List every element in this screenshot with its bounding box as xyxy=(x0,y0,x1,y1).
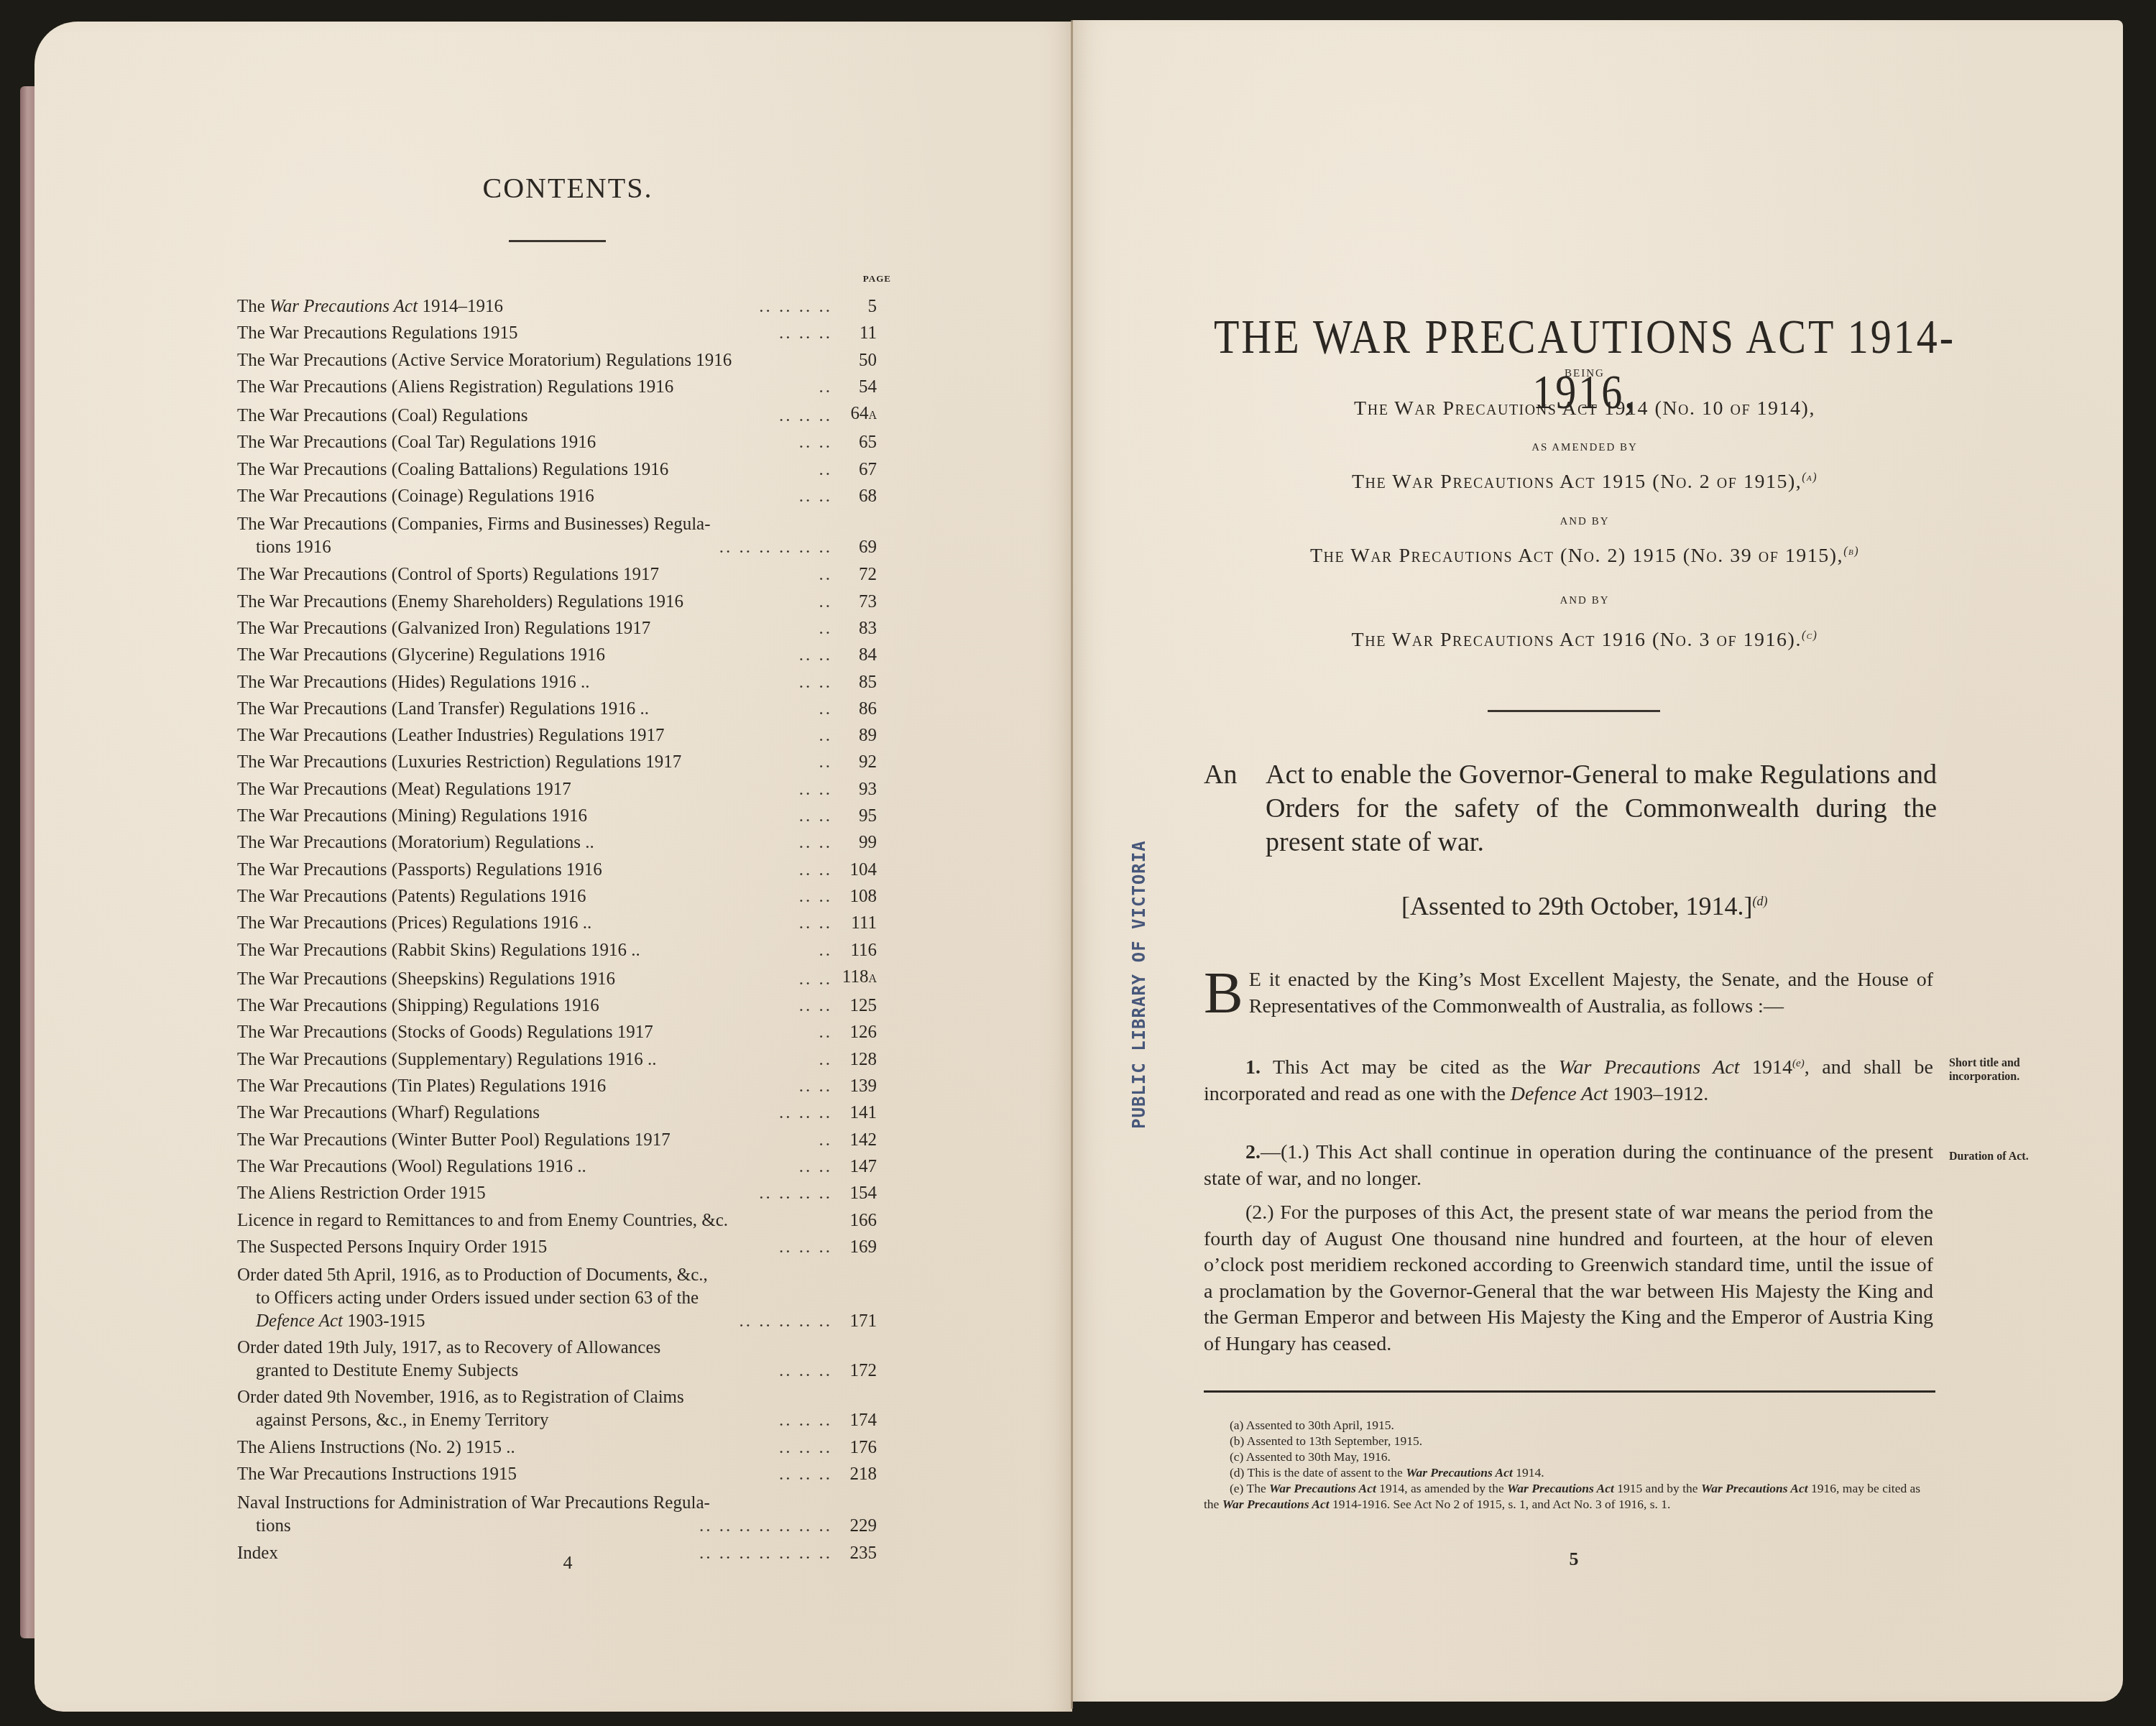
leader-dots: .. .. .. xyxy=(779,1434,832,1461)
toc-entry-title: The War Precautions (Land Transfer) Regu… xyxy=(237,696,834,722)
toc-entry-page: 84 xyxy=(834,642,877,668)
toc-entry: The War Precautions (Land Transfer) Regu… xyxy=(237,696,877,722)
toc-entry: The War Precautions (Coal Tar) Regulatio… xyxy=(237,429,877,456)
toc-entry: The War Precautions (Meat) Regulations 1… xyxy=(237,776,877,803)
toc-entry-title: The War Precautions (Supplementary) Regu… xyxy=(237,1046,834,1073)
toc-entry-page: 104 xyxy=(834,857,877,883)
toc-entry-page: 65 xyxy=(834,429,877,456)
table-of-contents: The War Precautions Act 1914–1916.. .. .… xyxy=(237,293,877,1566)
toc-entry-page: 89 xyxy=(834,722,877,749)
toc-entry: The War Precautions (Wharf) Regulations.… xyxy=(237,1099,877,1126)
leader-dots: .. .. xyxy=(799,669,832,696)
toc-entry-page: 69 xyxy=(834,536,877,559)
leader-dots: .. .. .. .. .. .. xyxy=(719,536,832,559)
toc-entry-title: The War Precautions (Control of Sports) … xyxy=(237,561,834,588)
toc-entry-title: Licence in regard to Remittances to and … xyxy=(237,1207,834,1234)
toc-entry-page: 229 xyxy=(834,1515,877,1538)
page-column-label: PAGE xyxy=(834,273,891,285)
section-1: 1. This Act may be cited as the War Prec… xyxy=(1204,1051,1933,1107)
toc-entry-page: 67 xyxy=(834,456,877,483)
toc-entry-title: The War Precautions (Glycerine) Regulati… xyxy=(237,642,834,668)
section-2: 2.—(1.) This Act shall continue in opera… xyxy=(1204,1139,1933,1192)
heading-rule xyxy=(509,240,606,242)
toc-entry-page: 126 xyxy=(834,1019,877,1046)
leader-dots: .. .. xyxy=(799,992,832,1019)
leader-dots: .. xyxy=(819,1127,833,1153)
toc-entry: The War Precautions Act 1914–1916.. .. .… xyxy=(237,293,877,320)
toc-entry-page: 235 xyxy=(834,1540,877,1566)
toc-entry-page: 154 xyxy=(834,1180,877,1206)
toc-entry: The War Precautions Instructions 1915.. … xyxy=(237,1461,877,1487)
toc-entry-title: The War Precautions (Winter Butter Pool)… xyxy=(237,1127,834,1153)
toc-entry-title: The War Precautions (Active Service Mora… xyxy=(237,347,834,374)
leader-dots: .. .. .. .. .. xyxy=(740,1310,833,1333)
leader-dots: .. .. .. xyxy=(779,402,832,429)
toc-entry-page: 118A xyxy=(834,964,877,992)
toc-entry: The War Precautions (Enemy Shareholders)… xyxy=(237,589,877,615)
leader-dots: .. .. .. xyxy=(779,1099,832,1126)
toc-entry-title: The Aliens Instructions (No. 2) 1915 .. xyxy=(237,1434,834,1461)
toc-entry: The War Precautions (Sheepskins) Regulat… xyxy=(237,964,877,992)
toc-entry-page: 95 xyxy=(834,803,877,829)
as-amended-by-label: AS AMENDED BY xyxy=(1186,442,1984,454)
toc-entry-page: 83 xyxy=(834,615,877,642)
toc-entry: Order dated 19th July, 1917, as to Recov… xyxy=(237,1337,877,1383)
leader-dots: .. xyxy=(819,561,833,588)
leader-dots: .. xyxy=(819,1046,833,1073)
toc-entry: The War Precautions (Prices) Regulations… xyxy=(237,910,877,936)
toc-entry-title: The War Precautions (Mining) Regulations… xyxy=(237,803,834,829)
leader-dots: .. .. xyxy=(799,910,832,936)
leader-dots: .. xyxy=(819,696,833,722)
leader-dots: .. .. .. .. xyxy=(759,293,832,320)
toc-entry: The War Precautions (Stocks of Goods) Re… xyxy=(237,1019,877,1046)
toc-entry: Order dated 9th November, 1916, as to Re… xyxy=(237,1386,877,1432)
toc-entry-title: The War Precautions (Leather Industries)… xyxy=(237,722,834,749)
toc-entry-page: 169 xyxy=(834,1234,877,1260)
leader-dots: .. .. .. xyxy=(779,1234,832,1260)
toc-entry-page: 93 xyxy=(834,776,877,803)
toc-entry-page: 85 xyxy=(834,669,877,696)
toc-entry-title: The War Precautions Act 1914–1916 xyxy=(237,293,834,320)
toc-entry-page: 68 xyxy=(834,483,877,509)
toc-entry-title: The War Precautions (Hides) Regulations … xyxy=(237,669,834,696)
toc-entry: The War Precautions (Passports) Regulati… xyxy=(237,857,877,883)
toc-entry-page: 147 xyxy=(834,1153,877,1180)
act-1915-line: The War Precautions Act 1915 (No. 2 of 1… xyxy=(1186,471,1984,494)
toc-entry: The War Precautions (Hides) Regulations … xyxy=(237,669,877,696)
toc-entry: The Aliens Restriction Order 1915.. .. .… xyxy=(237,1180,877,1206)
toc-entry-title: The War Precautions (Coal) Regulations xyxy=(237,402,834,429)
toc-entry-title: The War Precautions (Coinage) Regulation… xyxy=(237,483,834,509)
and-by-label-1: AND BY xyxy=(1186,516,1984,528)
toc-entry-page: 11 xyxy=(834,320,877,346)
contents-heading: CONTENTS. xyxy=(402,171,733,205)
footnote-b: (b) Assented to 13th September, 1915. xyxy=(1204,1433,1930,1449)
toc-entry-page: 5 xyxy=(834,293,877,320)
toc-entry-title: The War Precautions (Patents) Regulation… xyxy=(237,883,834,910)
footnote-d: (d) This is the date of assent to the Wa… xyxy=(1204,1464,1930,1480)
toc-entry-page: 50 xyxy=(834,347,877,374)
toc-entry: The War Precautions (Glycerine) Regulati… xyxy=(237,642,877,668)
toc-entry-page: 171 xyxy=(834,1310,877,1333)
toc-entry-title: The War Precautions (Passports) Regulati… xyxy=(237,857,834,883)
toc-entry: The War Precautions (Aliens Registration… xyxy=(237,374,877,400)
toc-entry-title: The War Precautions (Prices) Regulations… xyxy=(237,910,834,936)
toc-entry-title: The Suspected Persons Inquiry Order 1915 xyxy=(237,1234,834,1260)
toc-entry-page: 125 xyxy=(834,992,877,1019)
leader-dots: .. .. .. xyxy=(779,320,832,346)
toc-entry-page: 172 xyxy=(834,1360,877,1383)
leader-dots: .. xyxy=(819,374,833,400)
toc-entry-title: The Aliens Restriction Order 1915 xyxy=(237,1180,834,1206)
toc-entry: The War Precautions (Supplementary) Regu… xyxy=(237,1046,877,1073)
leader-dots: .. .. .. xyxy=(779,1409,832,1432)
toc-entry-page: 73 xyxy=(834,589,877,615)
leader-dots: .. xyxy=(819,722,833,749)
leader-dots: .. .. xyxy=(799,1073,832,1099)
toc-entry: The War Precautions (Galvanized Iron) Re… xyxy=(237,615,877,642)
toc-entry: Naval Instructions for Administration of… xyxy=(237,1492,877,1538)
act-1915-no2-line: The War Precautions Act (No. 2) 1915 (No… xyxy=(1186,545,1984,568)
toc-entry: The War Precautions (Control of Sports) … xyxy=(237,561,877,588)
leader-dots: .. .. .. .. xyxy=(759,1180,832,1206)
drop-cap: B xyxy=(1204,969,1243,1017)
toc-entry-page: 72 xyxy=(834,561,877,588)
toc-entry-title: The War Precautions (Rabbit Skins) Regul… xyxy=(237,937,834,964)
footnote-e: (e) The War Precautions Act 1914, as ame… xyxy=(1204,1480,1930,1512)
leader-dots: .. .. .. xyxy=(779,1360,832,1383)
act-1914-line: The War Precautions Act 1914 (No. 10 of … xyxy=(1186,397,1984,420)
footnote-c: (c) Assented to 30th May, 1916. xyxy=(1204,1449,1930,1464)
toc-entry-title: The War Precautions (Tin Plates) Regulat… xyxy=(237,1073,834,1099)
marginal-note-duration: Duration of Act. xyxy=(1949,1150,2093,1163)
toc-entry-page: 166 xyxy=(834,1207,877,1234)
toc-entry-page: 174 xyxy=(834,1409,877,1432)
marginal-note-short-title: Short title and incorporation. xyxy=(1949,1056,2078,1084)
leader-dots: .. xyxy=(819,589,833,615)
toc-entry: The War Precautions (Patents) Regulation… xyxy=(237,883,877,910)
toc-entry-page: 128 xyxy=(834,1046,877,1073)
leader-dots: .. .. xyxy=(799,642,832,668)
leader-dots: .. xyxy=(819,1019,833,1046)
toc-entry-page: 116 xyxy=(834,937,877,964)
page-number-right: 5 xyxy=(1552,1549,1595,1570)
toc-entry: The War Precautions (Rabbit Skins) Regul… xyxy=(237,937,877,964)
long-title: An Act to enable the Governor-General to… xyxy=(1204,758,1937,859)
leader-dots: .. .. xyxy=(799,966,832,992)
toc-entry-title: The War Precautions (Meat) Regulations 1… xyxy=(237,776,834,803)
toc-entry: The War Precautions (Luxuries Restrictio… xyxy=(237,749,877,775)
toc-entry-page: 111 xyxy=(834,910,877,936)
footnote-a: (a) Assented to 30th April, 1915. xyxy=(1204,1417,1930,1433)
toc-entry-page: 54 xyxy=(834,374,877,400)
toc-entry: The War Precautions (Coal) Regulations..… xyxy=(237,400,877,429)
toc-entry: The War Precautions (Wool) Regulations 1… xyxy=(237,1153,877,1180)
toc-entry-title: The War Precautions (Coal Tar) Regulatio… xyxy=(237,429,834,456)
section-2-subsection-2: (2.) For the purposes of this Act, the p… xyxy=(1204,1200,1933,1357)
toc-entry-title: The War Precautions (Enemy Shareholders)… xyxy=(237,589,834,615)
and-by-label-2: AND BY xyxy=(1186,595,1984,607)
toc-entry: The War Precautions (Shipping) Regulatio… xyxy=(237,992,877,1019)
toc-entry: The Suspected Persons Inquiry Order 1915… xyxy=(237,1234,877,1260)
leader-dots: .. .. xyxy=(799,1153,832,1180)
title-rule xyxy=(1488,710,1660,712)
toc-entry: The War Precautions (Active Service Mora… xyxy=(237,347,877,374)
toc-entry-page: 142 xyxy=(834,1127,877,1153)
toc-entry-page: 92 xyxy=(834,749,877,775)
toc-entry-page: 218 xyxy=(834,1461,877,1487)
long-title-an: An xyxy=(1204,758,1237,792)
toc-entry: Order dated 5th April, 1916, as to Produ… xyxy=(237,1264,877,1333)
toc-entry-title: The War Precautions Instructions 1915 xyxy=(237,1461,834,1487)
toc-entry: The Aliens Instructions (No. 2) 1915 ...… xyxy=(237,1434,877,1461)
toc-entry: The War Precautions (Tin Plates) Regulat… xyxy=(237,1073,877,1099)
leader-dots: .. xyxy=(819,456,833,483)
leader-dots: .. xyxy=(819,937,833,964)
assent-date: [Assented to 29th October, 1914.](d) xyxy=(1401,891,1767,921)
page-number-left: 4 xyxy=(546,1552,589,1574)
library-stamp: PUBLIC LIBRARY OF VICTORIA xyxy=(1125,834,1153,1135)
leader-dots: .. .. xyxy=(799,483,832,509)
toc-entry-title: The War Precautions (Aliens Registration… xyxy=(237,374,834,400)
toc-entry: The War Precautions (Leather Industries)… xyxy=(237,722,877,749)
book-gutter xyxy=(1071,20,1073,1709)
toc-entry-title: The War Precautions (Moratorium) Regulat… xyxy=(237,829,834,856)
toc-entry-page: 99 xyxy=(834,829,877,856)
being-label: BEING xyxy=(1186,368,1984,380)
act-1916-line: The War Precautions Act 1916 (No. 3 of 1… xyxy=(1186,629,1984,652)
toc-entry-title: The War Precautions (Wool) Regulations 1… xyxy=(237,1153,834,1180)
toc-entry-page: 139 xyxy=(834,1073,877,1099)
toc-entry-title: Order dated 19th July, 1917, as to Recov… xyxy=(237,1337,834,1383)
footnote-rule xyxy=(1204,1390,1935,1393)
leader-dots: .. .. xyxy=(799,803,832,829)
toc-entry-title: The War Precautions (Galvanized Iron) Re… xyxy=(237,615,834,642)
leader-dots: .. .. xyxy=(799,857,832,883)
leader-dots: .. xyxy=(819,749,833,775)
toc-entry-title: The War Precautions Regulations 1915 xyxy=(237,320,834,346)
toc-entry-page: 176 xyxy=(834,1434,877,1461)
toc-entry: Licence in regard to Remittances to and … xyxy=(237,1207,877,1234)
toc-entry-title: The War Precautions (Shipping) Regulatio… xyxy=(237,992,834,1019)
toc-entry-title: The War Precautions (Luxuries Restrictio… xyxy=(237,749,834,775)
toc-entry-title: The War Precautions (Stocks of Goods) Re… xyxy=(237,1019,834,1046)
toc-entry-page: 108 xyxy=(834,883,877,910)
enacting-clause: BE it enacted by the King’s Most Excelle… xyxy=(1204,966,1933,1020)
toc-entry-title: The War Precautions (Sheepskins) Regulat… xyxy=(237,966,834,992)
leader-dots: .. .. xyxy=(799,829,832,856)
leader-dots: .. .. .. xyxy=(779,1461,832,1487)
long-title-text: Act to enable the Governor-General to ma… xyxy=(1266,758,1937,859)
toc-entry-page: 86 xyxy=(834,696,877,722)
leader-dots: .. .. .. .. .. .. .. xyxy=(699,1540,832,1566)
toc-entry: The War Precautions (Moratorium) Regulat… xyxy=(237,829,877,856)
leader-dots: .. .. .. .. .. .. .. xyxy=(699,1515,832,1538)
toc-entry-title: The War Precautions (Coaling Battalions)… xyxy=(237,456,834,483)
toc-entry-page: 141 xyxy=(834,1099,877,1126)
footnotes: (a) Assented to 30th April, 1915. (b) As… xyxy=(1204,1417,1930,1512)
toc-entry-title: The War Precautions (Wharf) Regulations xyxy=(237,1099,834,1126)
leader-dots: .. .. xyxy=(799,429,832,456)
leader-dots: .. .. xyxy=(799,883,832,910)
toc-entry: The War Precautions (Coaling Battalions)… xyxy=(237,456,877,483)
toc-entry: The War Precautions (Coinage) Regulation… xyxy=(237,483,877,509)
toc-entry-page: 64A xyxy=(834,400,877,429)
leader-dots: .. xyxy=(819,615,833,642)
toc-entry: The War Precautions Regulations 1915.. .… xyxy=(237,320,877,346)
toc-entry: The War Precautions (Mining) Regulations… xyxy=(237,803,877,829)
toc-entry-title: Order dated 9th November, 1916, as to Re… xyxy=(237,1386,834,1432)
toc-entry: The War Precautions (Companies, Firms an… xyxy=(237,513,877,559)
toc-entry: The War Precautions (Winter Butter Pool)… xyxy=(237,1127,877,1153)
leader-dots: .. .. xyxy=(799,776,832,803)
